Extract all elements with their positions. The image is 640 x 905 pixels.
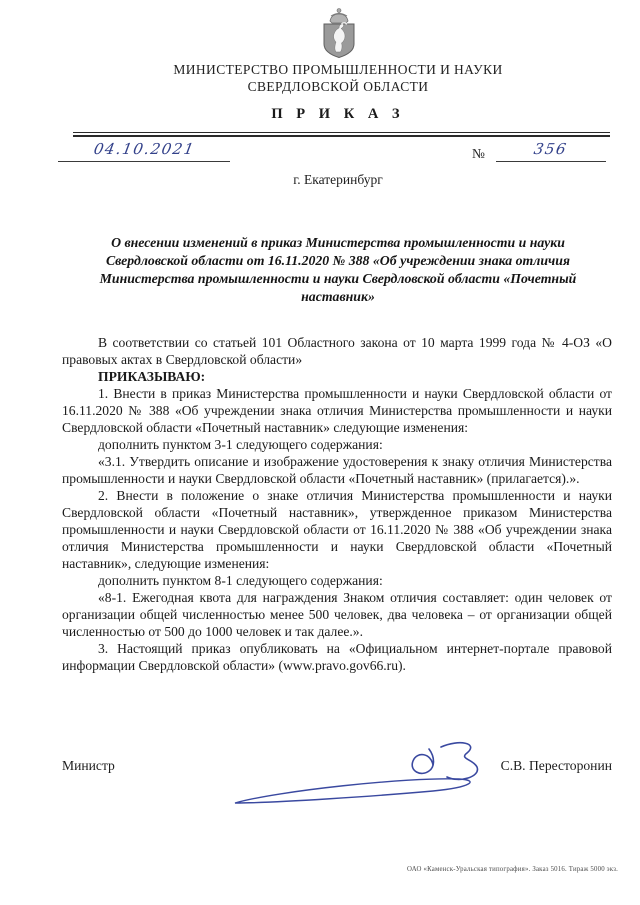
body-paragraph: дополнить пунктом 8-1 следующего содержа… bbox=[62, 572, 612, 589]
coat-of-arms bbox=[300, 7, 378, 59]
letterhead-divider bbox=[73, 132, 610, 137]
city-line: г. Екатеринбург bbox=[62, 172, 614, 188]
body-paragraph: дополнить пунктом 3-1 следующего содержа… bbox=[62, 436, 612, 453]
body-paragraph: 3. Настоящий приказ опубликовать на «Офи… bbox=[62, 640, 612, 674]
number-field: № 356 bbox=[496, 140, 606, 162]
order-word: ПРИКАЗЫВАЮ: bbox=[62, 368, 612, 385]
body-paragraph: 1. Внести в приказ Министерства промышле… bbox=[62, 385, 612, 436]
document-page: МИНИСТЕРСТВО ПРОМЫШЛЕННОСТИ И НАУКИ СВЕР… bbox=[0, 0, 640, 905]
number-sign-label: № bbox=[472, 146, 485, 162]
handwritten-date: 04.10.2021 bbox=[92, 140, 196, 158]
body-paragraph: «8-1. Ежегодная квота для награждения Зн… bbox=[62, 589, 612, 640]
ministry-name-line2: СВЕРДЛОВСКОЙ ОБЛАСТИ bbox=[62, 78, 614, 95]
body-paragraph: 2. Внести в положение о знаке отличия Ми… bbox=[62, 487, 612, 572]
handwritten-signature bbox=[227, 735, 507, 815]
number-line: 356 bbox=[496, 140, 606, 162]
intro-paragraph: В соответствии со статьей 101 Областного… bbox=[62, 334, 612, 368]
printing-house-note: ОАО «Каменск-Уральская типография». Зака… bbox=[407, 866, 618, 873]
signature-block: Министр С.В. Пересторонин bbox=[62, 735, 612, 815]
divider-thick-line bbox=[73, 135, 610, 137]
document-body: В соответствии со статьей 101 Областного… bbox=[62, 334, 612, 674]
document-type-heading: П Р И К А З bbox=[62, 106, 614, 123]
signer-name: С.В. Пересторонин bbox=[501, 758, 612, 774]
ministry-name-line1: МИНИСТЕРСТВО ПРОМЫШЛЕННОСТИ И НАУКИ bbox=[62, 61, 614, 78]
coat-of-arms-icon bbox=[300, 7, 378, 59]
date-field: 04.10.2021 bbox=[58, 140, 230, 162]
signature-icon bbox=[227, 735, 507, 815]
document-title: О внесении изменений в приказ Министерст… bbox=[70, 234, 606, 306]
divider-thin-line bbox=[73, 132, 610, 133]
handwritten-number: 356 bbox=[533, 140, 569, 158]
letterhead: МИНИСТЕРСТВО ПРОМЫШЛЕННОСТИ И НАУКИ СВЕР… bbox=[62, 61, 614, 95]
signer-position: Министр bbox=[62, 758, 115, 774]
date-number-row: 04.10.2021 № 356 bbox=[58, 140, 610, 170]
body-paragraph: «3.1. Утвердить описание и изображение у… bbox=[62, 453, 612, 487]
